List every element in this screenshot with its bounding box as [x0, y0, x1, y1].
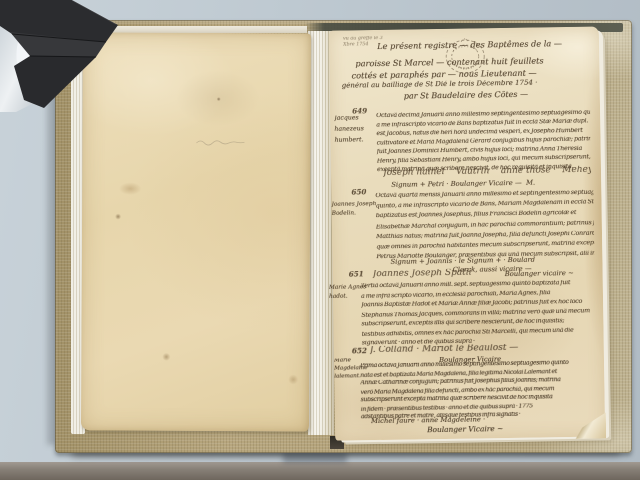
table-edge	[0, 462, 640, 480]
pencil-scribble	[194, 137, 248, 147]
header-line: cottés et paraphés par — nous Lieutenant…	[351, 68, 591, 80]
header-line: général au bailliage de St Dié le trois …	[342, 79, 594, 90]
register-entry-650: 650 Joannes Joseph Bodelin. Octavâ quart…	[331, 184, 602, 276]
register-entry-652: 652 J. Colland · Mariot le Beaulost — Bo…	[334, 342, 605, 436]
entry-heading: Joannes Joseph Spatii	[373, 268, 503, 279]
entry-heading: J. Colland · Mariot le Beaulost —	[370, 343, 590, 356]
header-center-line: par St Baudelaire des Côtes —	[376, 90, 556, 101]
signature-line: Joseph hainel Vautrin anne those Mehey	[383, 166, 591, 179]
register-entry-649: 649 Jacques hanezeus humbert. Octavâ dec…	[330, 103, 601, 191]
entry-number: 649	[352, 107, 367, 115]
entry-number: 651	[349, 270, 364, 278]
register-entry-651: 651 Joannes Joseph Spatii Boulanger vica…	[333, 265, 604, 345]
entry-number: 652	[352, 347, 367, 355]
margin-name: Joannes Joseph Bodelin.	[331, 201, 377, 220]
signature-line: Boulanger Vicaire ~	[427, 424, 557, 434]
margin-name: Jacques hanezeus humbert.	[334, 115, 377, 149]
copy-stand-arm	[0, 0, 125, 115]
arm-strip-low	[14, 56, 96, 108]
right-page-manuscript: vu au greffe le 3 Xbre 1754 Le présent r…	[329, 26, 605, 440]
bound-register: vu au greffe le 3 Xbre 1754 Le présent r…	[55, 20, 632, 453]
archive-photo: vu au greffe le 3 Xbre 1754 Le présent r…	[0, 0, 640, 480]
entry-number: 650	[351, 188, 366, 196]
header-line: paroisse St Marcel — contenant huit feui…	[355, 56, 591, 68]
header-line: Le présent registre — des Baptêmes de la…	[377, 39, 591, 51]
entry-heading-right: Boulanger vicaire ~	[505, 270, 595, 279]
